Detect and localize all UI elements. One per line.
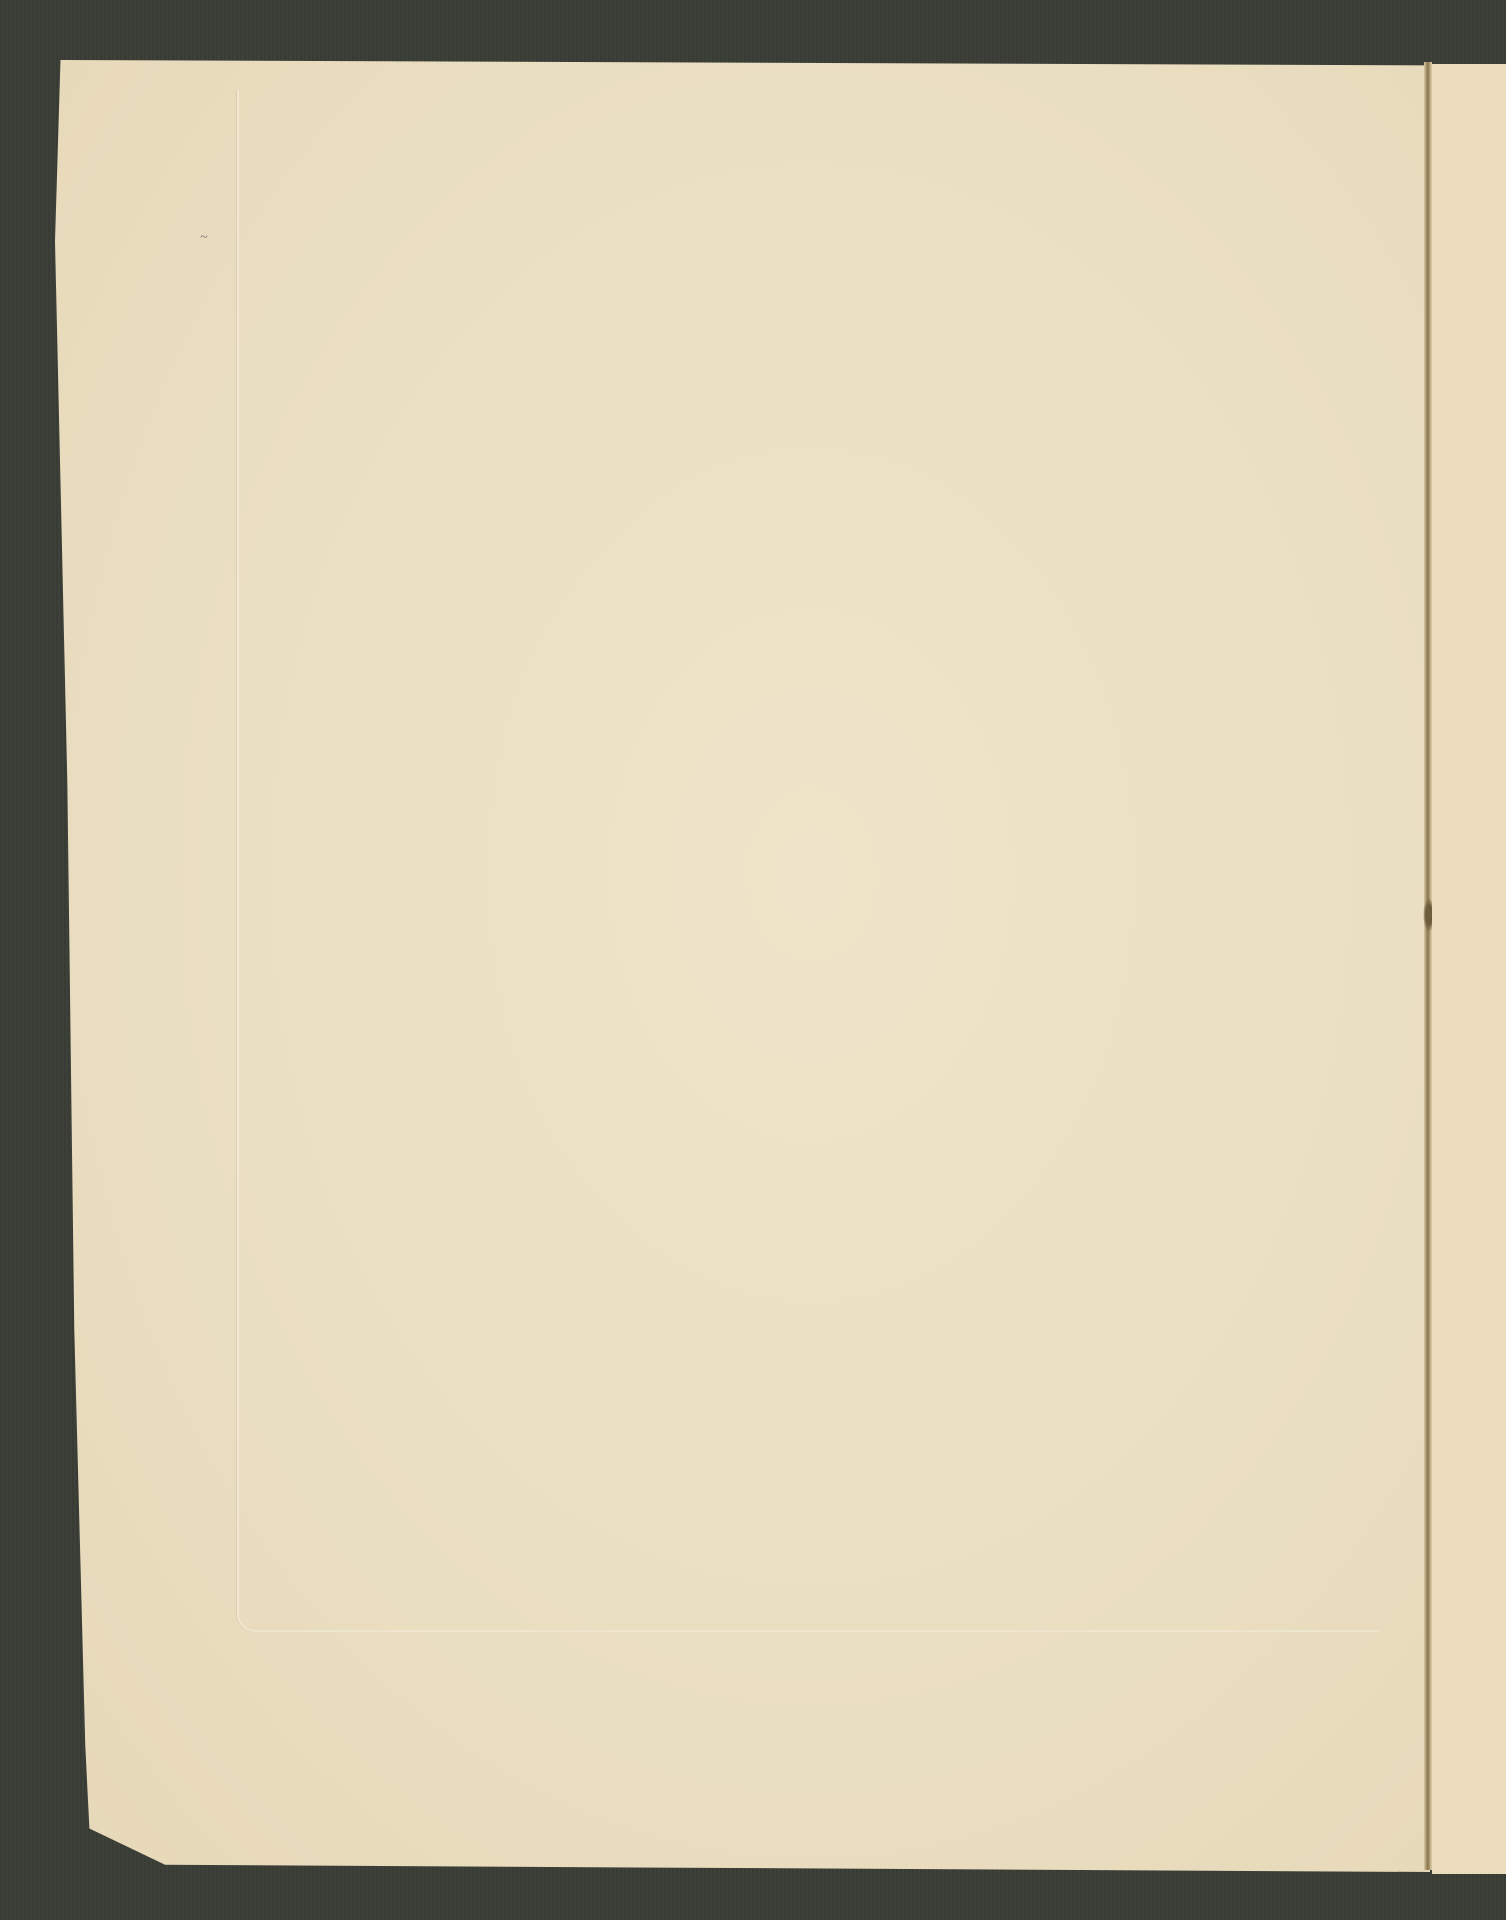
- pencil-mark: ~: [200, 230, 208, 246]
- plate-mark-impression: [237, 90, 1379, 1632]
- binding-gutter: [1424, 62, 1432, 1870]
- facing-page-edge: [1432, 64, 1506, 1874]
